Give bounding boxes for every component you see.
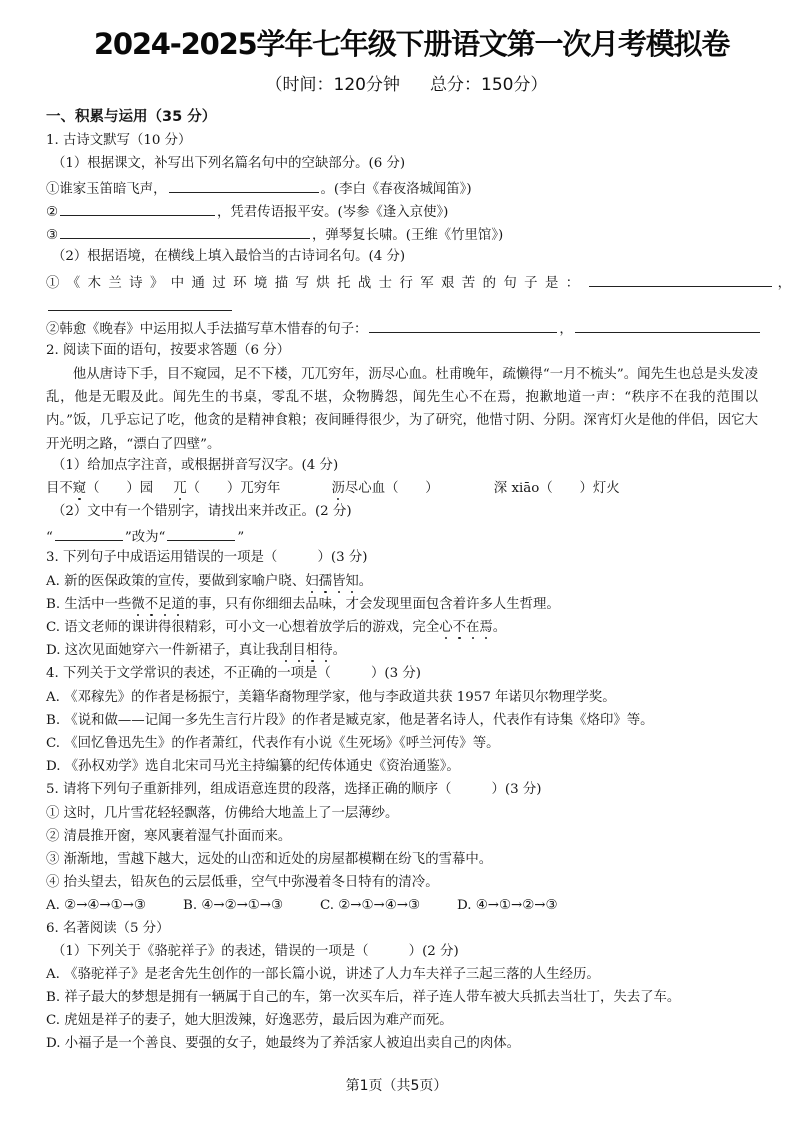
- q1-item1: ①谁家玉笛暗飞声，。(李白《春夜洛城闻笛》): [46, 178, 472, 199]
- exam-subtitle: （时间：120分钟总分：150分）: [0, 70, 793, 95]
- q2-correction: “”改为“”: [46, 526, 244, 547]
- emphasis-dot-char: 妇: [305, 574, 318, 589]
- answer-blank[interactable]: [589, 272, 772, 287]
- q1-item3: ③，弹琴复长啸。(王维《竹里馆》): [46, 224, 503, 245]
- wrong-char-blank[interactable]: [55, 526, 123, 541]
- q5-option-c: C. ②→①→④→③: [320, 897, 457, 915]
- pinyin-item: 沥尽心血（ ）: [332, 480, 490, 498]
- q6-option-b: B. 祥子最大的梦想是拥有一辆属于自己的车，第一次买车后，祥子连人带车被大兵抓去…: [46, 989, 680, 1007]
- q4-option-d: D. 《孙权劝学》选自北宋司马光主持编纂的纪传体通史《资治通鉴》。: [46, 758, 460, 776]
- emphasis-dot-char: 皆: [332, 574, 345, 589]
- answer-blank[interactable]: [369, 318, 557, 333]
- q1-item2: ②，凭君传语报平安。(岑参《逢入京使》): [46, 201, 448, 222]
- q3-option-a: A. 新的医保政策的宣传，要做到家喻户晓、妇孺皆知。: [46, 573, 372, 591]
- answer-blank[interactable]: [169, 178, 319, 193]
- q4-option-a: A. 《邓稼先》的作者是杨振宁，美籍华裔物理学家，他与李政道共获 1957 年诺…: [46, 689, 616, 707]
- q4-option-c: C. 《回忆鲁迅先生》的作者萧红，代表作有小说《生死场》《呼兰河传》等。: [46, 735, 499, 753]
- q4-title: 4. 下列关于文学常识的表述，不正确的一项是（ ）(3 分): [46, 665, 421, 683]
- emphasis-dot-char: 孺: [319, 574, 332, 589]
- q3-option-c: C. 语文老师的课讲得很精彩，可小文一心想着放学后的游戏，完全心不在焉。: [46, 619, 506, 637]
- emphasis-dot-char: 待: [319, 643, 332, 658]
- dotted-idiom: 刮目相待: [279, 643, 333, 658]
- q6-title: 6. 名著阅读（5 分）: [46, 920, 170, 938]
- q5-sentence-2: ② 清晨推开窗，寒风裹着湿气扑面而来。: [46, 828, 291, 846]
- q2-sub2: （2）文中有一个错别字，请找出来并改正。(2 分): [52, 503, 352, 521]
- q1-sub2: （2）根据语境，在横线上填入最恰当的古诗词名句。(4 分): [52, 248, 405, 266]
- q5-sentence-3: ③ 渐渐地，雪越下越大，远处的山峦和近处的房屋都模糊在纷飞的雪幕中。: [46, 851, 492, 869]
- q1-item5: ②韩愈《晚春》中运用拟人手法描写草木惜春的句子：，: [46, 318, 762, 339]
- exam-time: （时间：120分钟: [266, 75, 400, 95]
- emphasis-dot-char: 目: [292, 643, 305, 658]
- q2-sub1: （1）给加点字注音，或根据拼音写汉字。(4 分): [52, 457, 338, 475]
- q5-option-d: D. ④→①→②→③: [457, 897, 557, 915]
- emphasis-dot-char: 不: [145, 597, 158, 612]
- q5-sentence-4: ④ 抬头望去，铅灰色的云层低垂，空气中弥漫着冬日特有的清冷。: [46, 874, 439, 892]
- page-number: 第1页（共5页）: [0, 1075, 793, 1095]
- q5-options: A. ②→④→①→③B. ④→②→①→③C. ②→①→④→③D. ④→①→②→③: [46, 897, 557, 915]
- pinyin-item: 目不窥（ ）园: [46, 480, 169, 498]
- dotted-idiom: 妇孺皆知: [305, 574, 359, 589]
- q2-pinyin-items: 目不窥（ ）园 兀（ ）兀穷年 沥尽心血（ ） 深 xiāo（ ）灯火: [46, 480, 620, 498]
- pinyin-item: 兀（ ）兀穷年: [173, 480, 327, 498]
- emphasis-dot-char: 微: [131, 597, 144, 612]
- emphasis-dot-char: 心: [439, 620, 452, 635]
- q3-option-b: B. 生活中一些微不足道的事，只有你细细去品味，才会发现里面包含着许多人生哲理。: [46, 596, 560, 614]
- emphasis-dot-char: 道: [171, 597, 184, 612]
- q2-title: 2. 阅读下面的语句，按要求答题（6 分）: [46, 342, 290, 360]
- dotted-idiom: 心不在焉: [439, 620, 493, 635]
- emphasis-dot-char: 知: [345, 574, 358, 589]
- emphasis-dot-char: 相: [306, 643, 319, 658]
- q4-option-b: B. 《说和做——记闻一多先生言行片段》的作者是臧克家，他是著名诗人，代表作有诗…: [46, 712, 654, 730]
- q1-sub1: （1）根据课文，补写出下列名篇名句中的空缺部分。(6 分): [52, 155, 405, 173]
- q5-option-b: B. ④→②→①→③: [183, 897, 320, 915]
- q1-item4-continued: [46, 296, 234, 317]
- dotted-idiom: 微不足道: [131, 597, 185, 612]
- section-heading: 一、积累与运用（35 分）: [46, 108, 216, 126]
- exam-total-score: 总分：150分）: [430, 75, 547, 95]
- answer-blank[interactable]: [60, 224, 310, 239]
- correct-char-blank[interactable]: [167, 526, 235, 541]
- answer-blank[interactable]: [48, 296, 232, 311]
- q6-option-a: A. 《骆驼祥子》是老舍先生创作的一部长篇小说，讲述了人力车夫祥子三起三落的人生…: [46, 966, 600, 984]
- q5-sentence-1: ① 这时，几片雪花轻轻飘落，仿佛给大地盖上了一层薄纱。: [46, 805, 398, 823]
- q6-sub1: （1）下列关于《骆驼祥子》的表述，错误的一项是（ ）(2 分): [52, 943, 459, 961]
- exam-title: 2024-2025学年七年级下册语文第一次月考模拟卷: [0, 22, 793, 63]
- emphasis-dot-char: 刮: [279, 643, 292, 658]
- emphasis-dot-char: 足: [158, 597, 171, 612]
- answer-blank[interactable]: [575, 318, 760, 333]
- q3-option-d: D. 这次见面她穿六一件新裙子，真让我刮目相待。: [46, 642, 346, 660]
- q3-title: 3. 下列句子中成语运用错误的一项是（ ）(3 分): [46, 549, 367, 567]
- emphasis-dot-char: 焉: [479, 620, 492, 635]
- q6-option-d: D. 小福子是一个善良、要强的女子，她最终为了养活家人被迫出卖自己的肉体。: [46, 1035, 520, 1053]
- emphasis-dot-char: 在: [466, 620, 479, 635]
- q6-option-c: C. 虎妞是祥子的妻子，她大胆泼辣，好逸恶劳，最后因为难产而死。: [46, 1012, 453, 1030]
- emphasis-dot-char: 不: [453, 620, 466, 635]
- q1-title: 1. 古诗文默写（10 分）: [46, 132, 191, 150]
- q2-passage: 他从唐诗下手，目不窥园，足不下楼，兀兀穷年，沥尽心血。杜甫晚年，疏懒得“一月不梳…: [46, 363, 758, 456]
- pinyin-item: 深 xiāo（ ）灯火: [494, 480, 620, 498]
- q1-item4: ①《木兰诗》中通过环境描写烘托战士行军艰苦的句子是：，: [46, 272, 791, 293]
- answer-blank[interactable]: [60, 201, 215, 216]
- q5-title: 5. 请将下列句子重新排列，组成语意连贯的段落，选择正确的顺序（ ）(3 分): [46, 781, 542, 799]
- q5-option-a: A. ②→④→①→③: [46, 897, 183, 915]
